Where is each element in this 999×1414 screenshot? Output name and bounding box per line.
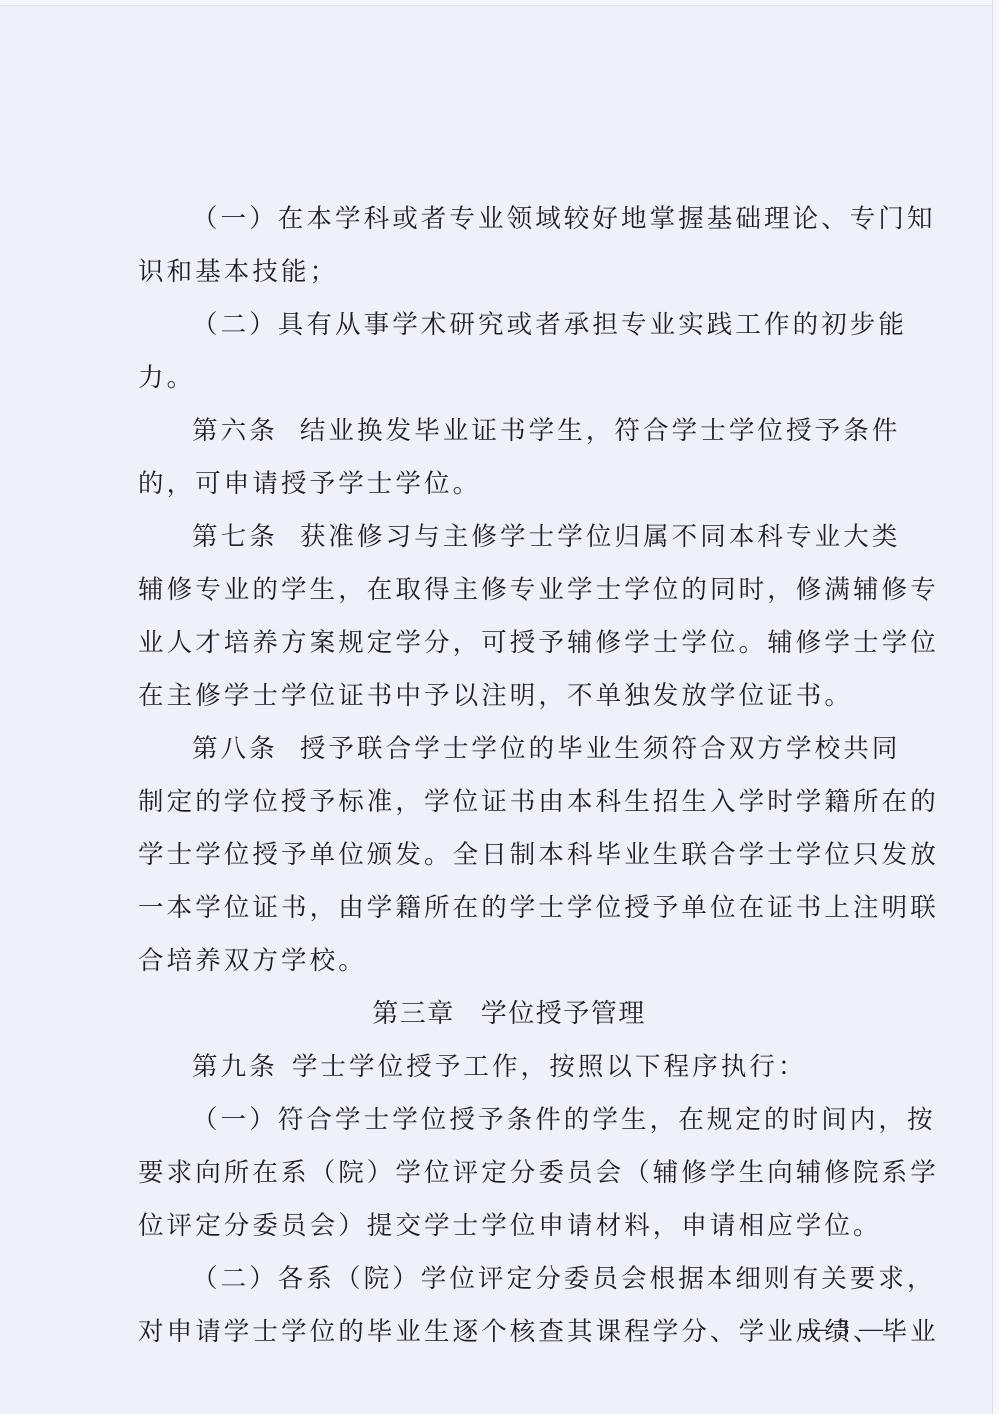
- page-number: — 3 —: [803, 1316, 885, 1343]
- text-line: 合培养双方学校。: [138, 935, 880, 988]
- article-text: 结业换发毕业证书学生，符合学士学位授予条件: [300, 416, 901, 446]
- text-line: 的，可申请授予学士学位。: [138, 458, 880, 511]
- document-body: （一）在本学科或者专业领域较好地掌握基础理论、专门知 识和基本技能； （二）具有…: [138, 193, 880, 1359]
- article-text: 获准修习与主修学士学位归属不同本科专业大类: [300, 522, 901, 552]
- article-text: 学士学位授予工作，按照以下程序执行：: [292, 1052, 807, 1082]
- text-line: 学士学位授予单位颁发。全日制本科毕业生联合学士学位只发放: [138, 829, 880, 882]
- article-number: 第七条: [192, 511, 278, 564]
- text-line: 力。: [138, 352, 880, 405]
- article-6-line: 第六条结业换发毕业证书学生，符合学士学位授予条件: [138, 405, 880, 458]
- text-line: 在主修学士学位证书中予以注明，不单独发放学位证书。: [138, 670, 880, 723]
- article-number: 第八条: [192, 723, 278, 776]
- text-line: 业人才培养方案规定学分，可授予辅修学士学位。辅修学士学位: [138, 617, 880, 670]
- chapter-number: 第三章: [372, 999, 455, 1029]
- article-text: 授予联合学士学位的毕业生须符合双方学校共同: [300, 734, 901, 764]
- text-line: （一）在本学科或者专业领域较好地掌握基础理论、专门知: [138, 193, 880, 246]
- article-number: 第六条: [192, 405, 278, 458]
- text-line: 识和基本技能；: [138, 246, 880, 299]
- article-number: 第九条: [192, 1041, 278, 1094]
- chapter-title: 学位授予管理: [481, 999, 646, 1029]
- text-line: 位评定分委员会）提交学士学位申请材料，申请相应学位。: [138, 1200, 880, 1253]
- article-9-line: 第九条学士学位授予工作，按照以下程序执行：: [138, 1041, 880, 1094]
- text-line: 制定的学位授予标准，学位证书由本科生招生入学时学籍所在的: [138, 776, 880, 829]
- text-line: （一）符合学士学位授予条件的学生，在规定的时间内，按: [138, 1094, 880, 1147]
- page-right-edge: [992, 0, 999, 1414]
- text-line: 一本学位证书，由学籍所在的学士学位授予单位在证书上注明联: [138, 882, 880, 935]
- text-line: （二）各系（院）学位评定分委员会根据本细则有关要求，: [138, 1253, 880, 1306]
- article-8-line: 第八条授予联合学士学位的毕业生须符合双方学校共同: [138, 723, 880, 776]
- text-line: 辅修专业的学生，在取得主修专业学士学位的同时，修满辅修专: [138, 564, 880, 617]
- article-7-line: 第七条获准修习与主修学士学位归属不同本科专业大类: [138, 511, 880, 564]
- text-line: 对申请学士学位的毕业生逐个核查其课程学分、学业成绩、毕业: [138, 1306, 880, 1359]
- text-line: （二）具有从事学术研究或者承担专业实践工作的初步能: [138, 299, 880, 352]
- chapter-heading: 第三章学位授予管理: [138, 988, 880, 1041]
- page-top-edge: [0, 0, 999, 6]
- text-line: 要求向所在系（院）学位评定分委员会（辅修学生向辅修院系学: [138, 1147, 880, 1200]
